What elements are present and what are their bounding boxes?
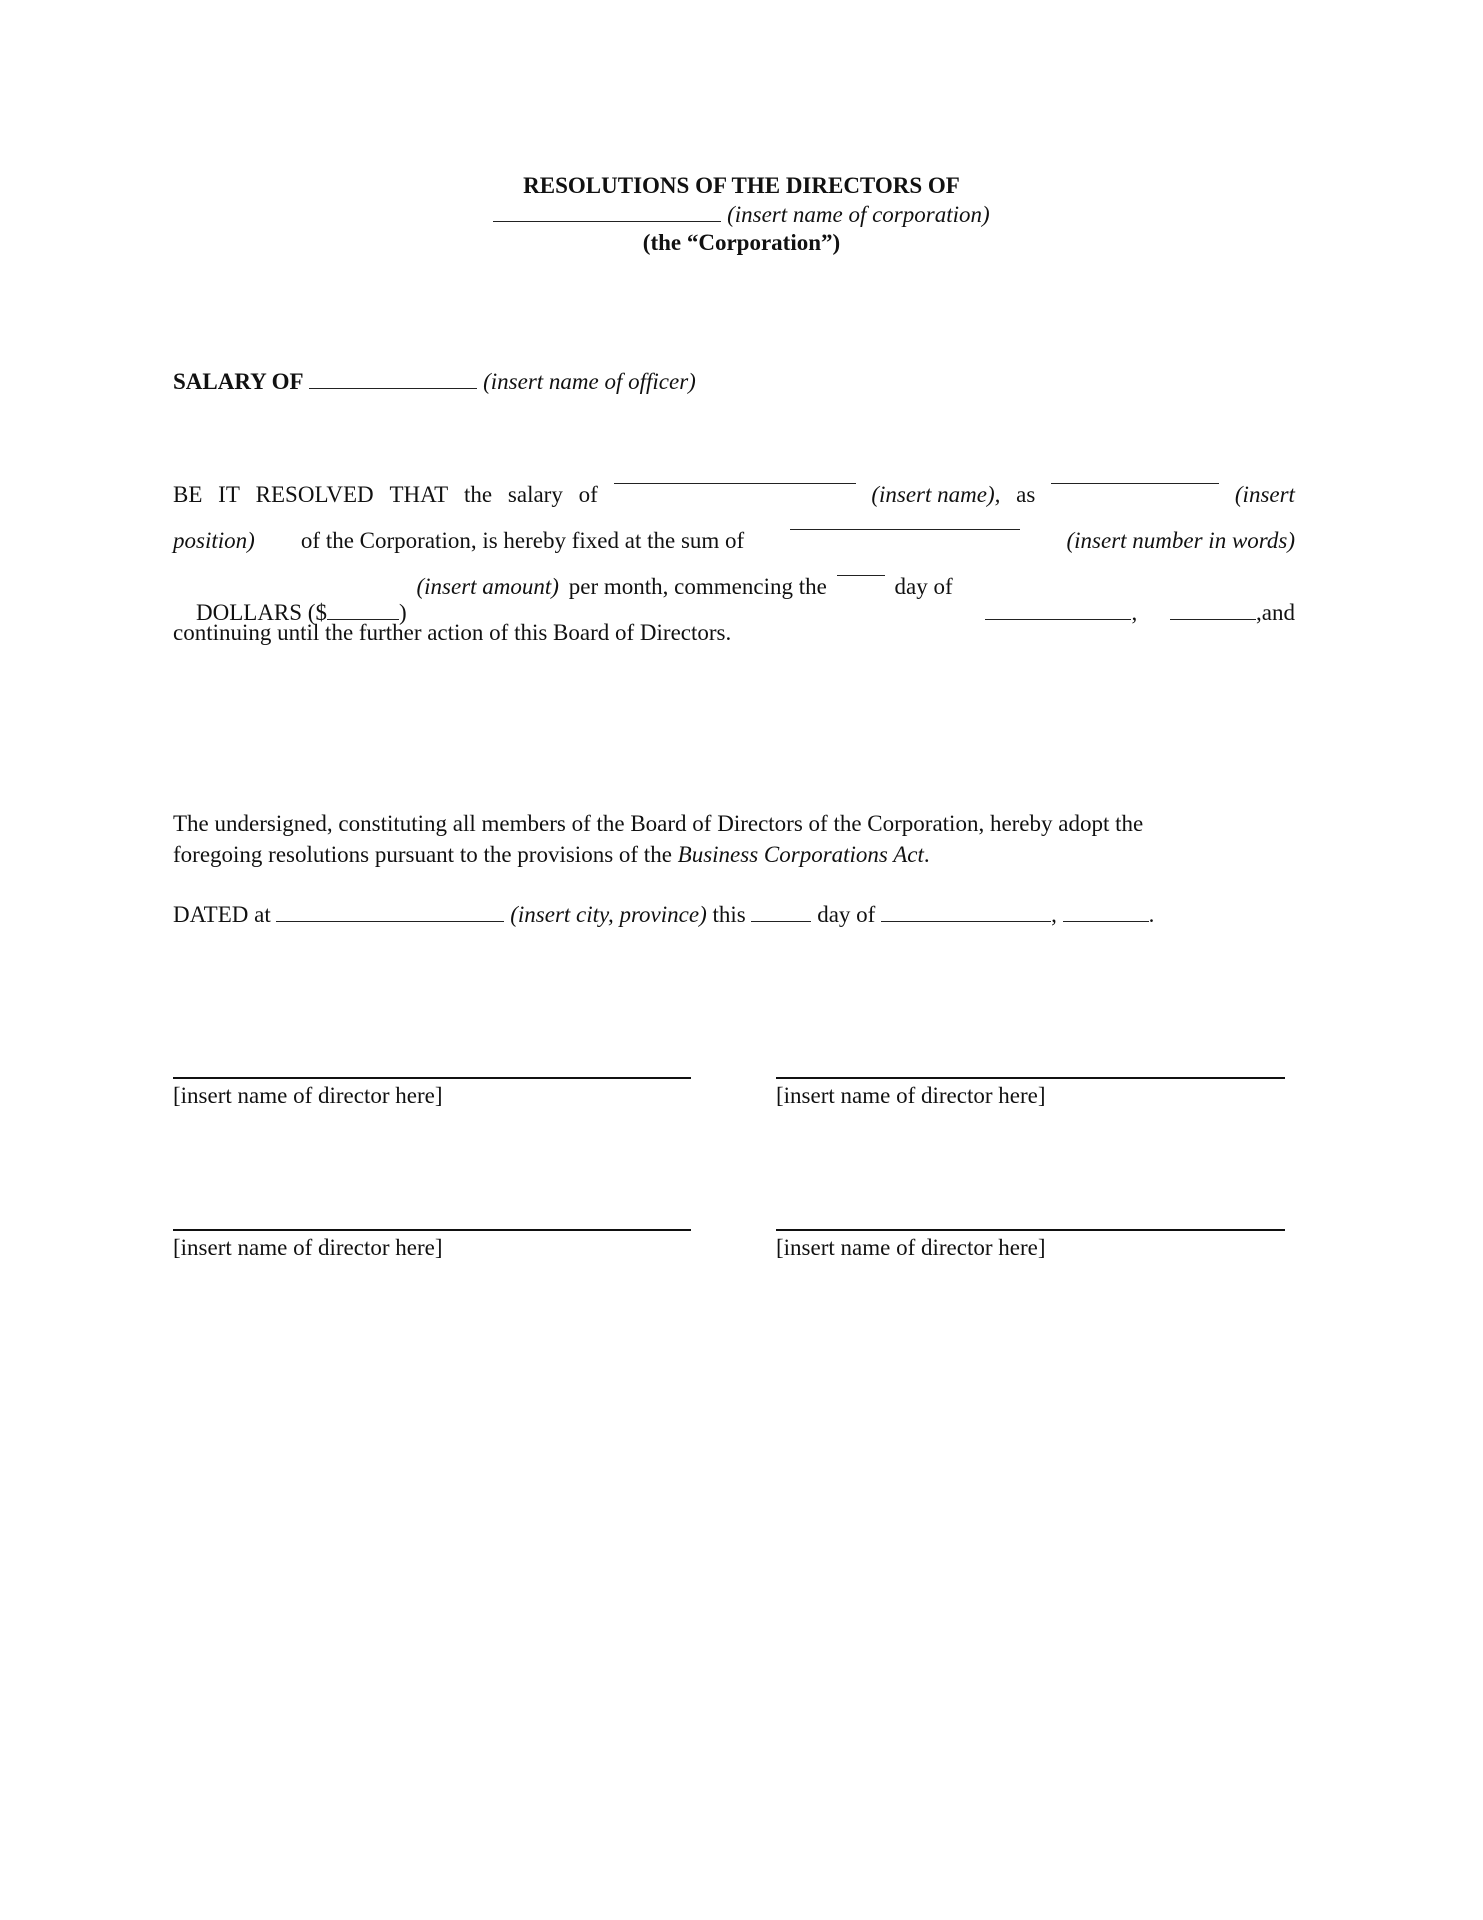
director-name-label: [insert name of director here] (173, 1235, 442, 1261)
city-hint: (insert city, province) (510, 902, 707, 927)
position-blank[interactable] (1051, 482, 1219, 484)
commence-day-blank[interactable] (837, 574, 885, 576)
director-name-label: [insert name of director here] (776, 1235, 1045, 1261)
resolution-word: BE (173, 482, 202, 508)
amount-words-blank[interactable] (790, 528, 1020, 530)
corporation-defined-term: (the “Corporation”) (0, 230, 1483, 256)
resolution-word: IT (218, 482, 240, 508)
adoption-text-line-1: The undersigned, constituting all member… (173, 811, 1295, 837)
position-hint: (insert (1235, 482, 1295, 508)
signature-line[interactable] (173, 1229, 691, 1231)
dated-line: DATED at (insert city, province) this da… (173, 902, 1295, 928)
dated-month-blank[interactable] (881, 920, 1051, 922)
dated-day-blank[interactable] (751, 920, 811, 922)
resolution-word: RESOLVED (256, 482, 374, 508)
resolution-text: of the Corporation, is hereby fixed at t… (301, 528, 744, 554)
salary-name-blank[interactable] (614, 482, 856, 484)
period: . (1149, 902, 1155, 927)
resolution-line-4: continuing until the further action of t… (173, 620, 1295, 646)
amount-words-hint: (insert number in words) (1066, 528, 1295, 554)
resolution-word: salary (508, 482, 563, 508)
officer-name-hint: (insert name of officer) (483, 369, 696, 394)
signature-line[interactable] (173, 1077, 691, 1079)
adoption-text: foregoing resolutions pursuant to the pr… (173, 842, 672, 867)
position-hint: position) (173, 528, 255, 554)
signature-line[interactable] (776, 1229, 1285, 1231)
dated-label: DATED at (173, 902, 271, 927)
day-of-text: day of (817, 902, 875, 927)
officer-name-blank[interactable] (309, 387, 477, 389)
this-word: this (712, 902, 745, 927)
comma: , (1051, 902, 1057, 927)
name-hint: (insert name), (871, 482, 1000, 508)
resolution-word: the (464, 482, 492, 508)
signature-line[interactable] (776, 1077, 1285, 1079)
period: . (924, 842, 930, 867)
resolution-line-2: position) of the Corporation, is hereby … (173, 528, 1295, 554)
resolution-word: as (1016, 482, 1035, 508)
dated-city-blank[interactable] (276, 920, 504, 922)
act-name: Business Corporations Act (678, 842, 924, 867)
document-title: RESOLUTIONS OF THE DIRECTORS OF (0, 173, 1483, 199)
salary-heading: SALARY OF (insert name of officer) (173, 369, 1295, 395)
salary-heading-label: SALARY OF (173, 369, 304, 394)
corporation-name-hint: (insert name of corporation) (727, 202, 990, 227)
corporation-name-blank[interactable] (493, 220, 721, 222)
dated-year-blank[interactable] (1063, 920, 1149, 922)
director-name-label: [insert name of director here] (173, 1083, 442, 1109)
resolution-line-1: BE IT RESOLVED THAT the salary of (inser… (173, 482, 1295, 508)
adoption-text-line-2: foregoing resolutions pursuant to the pr… (173, 842, 1295, 868)
corporation-name-line: (insert name of corporation) (0, 202, 1483, 228)
resolution-word: of (579, 482, 598, 508)
director-name-label: [insert name of director here] (776, 1083, 1045, 1109)
resolution-word: THAT (389, 482, 448, 508)
